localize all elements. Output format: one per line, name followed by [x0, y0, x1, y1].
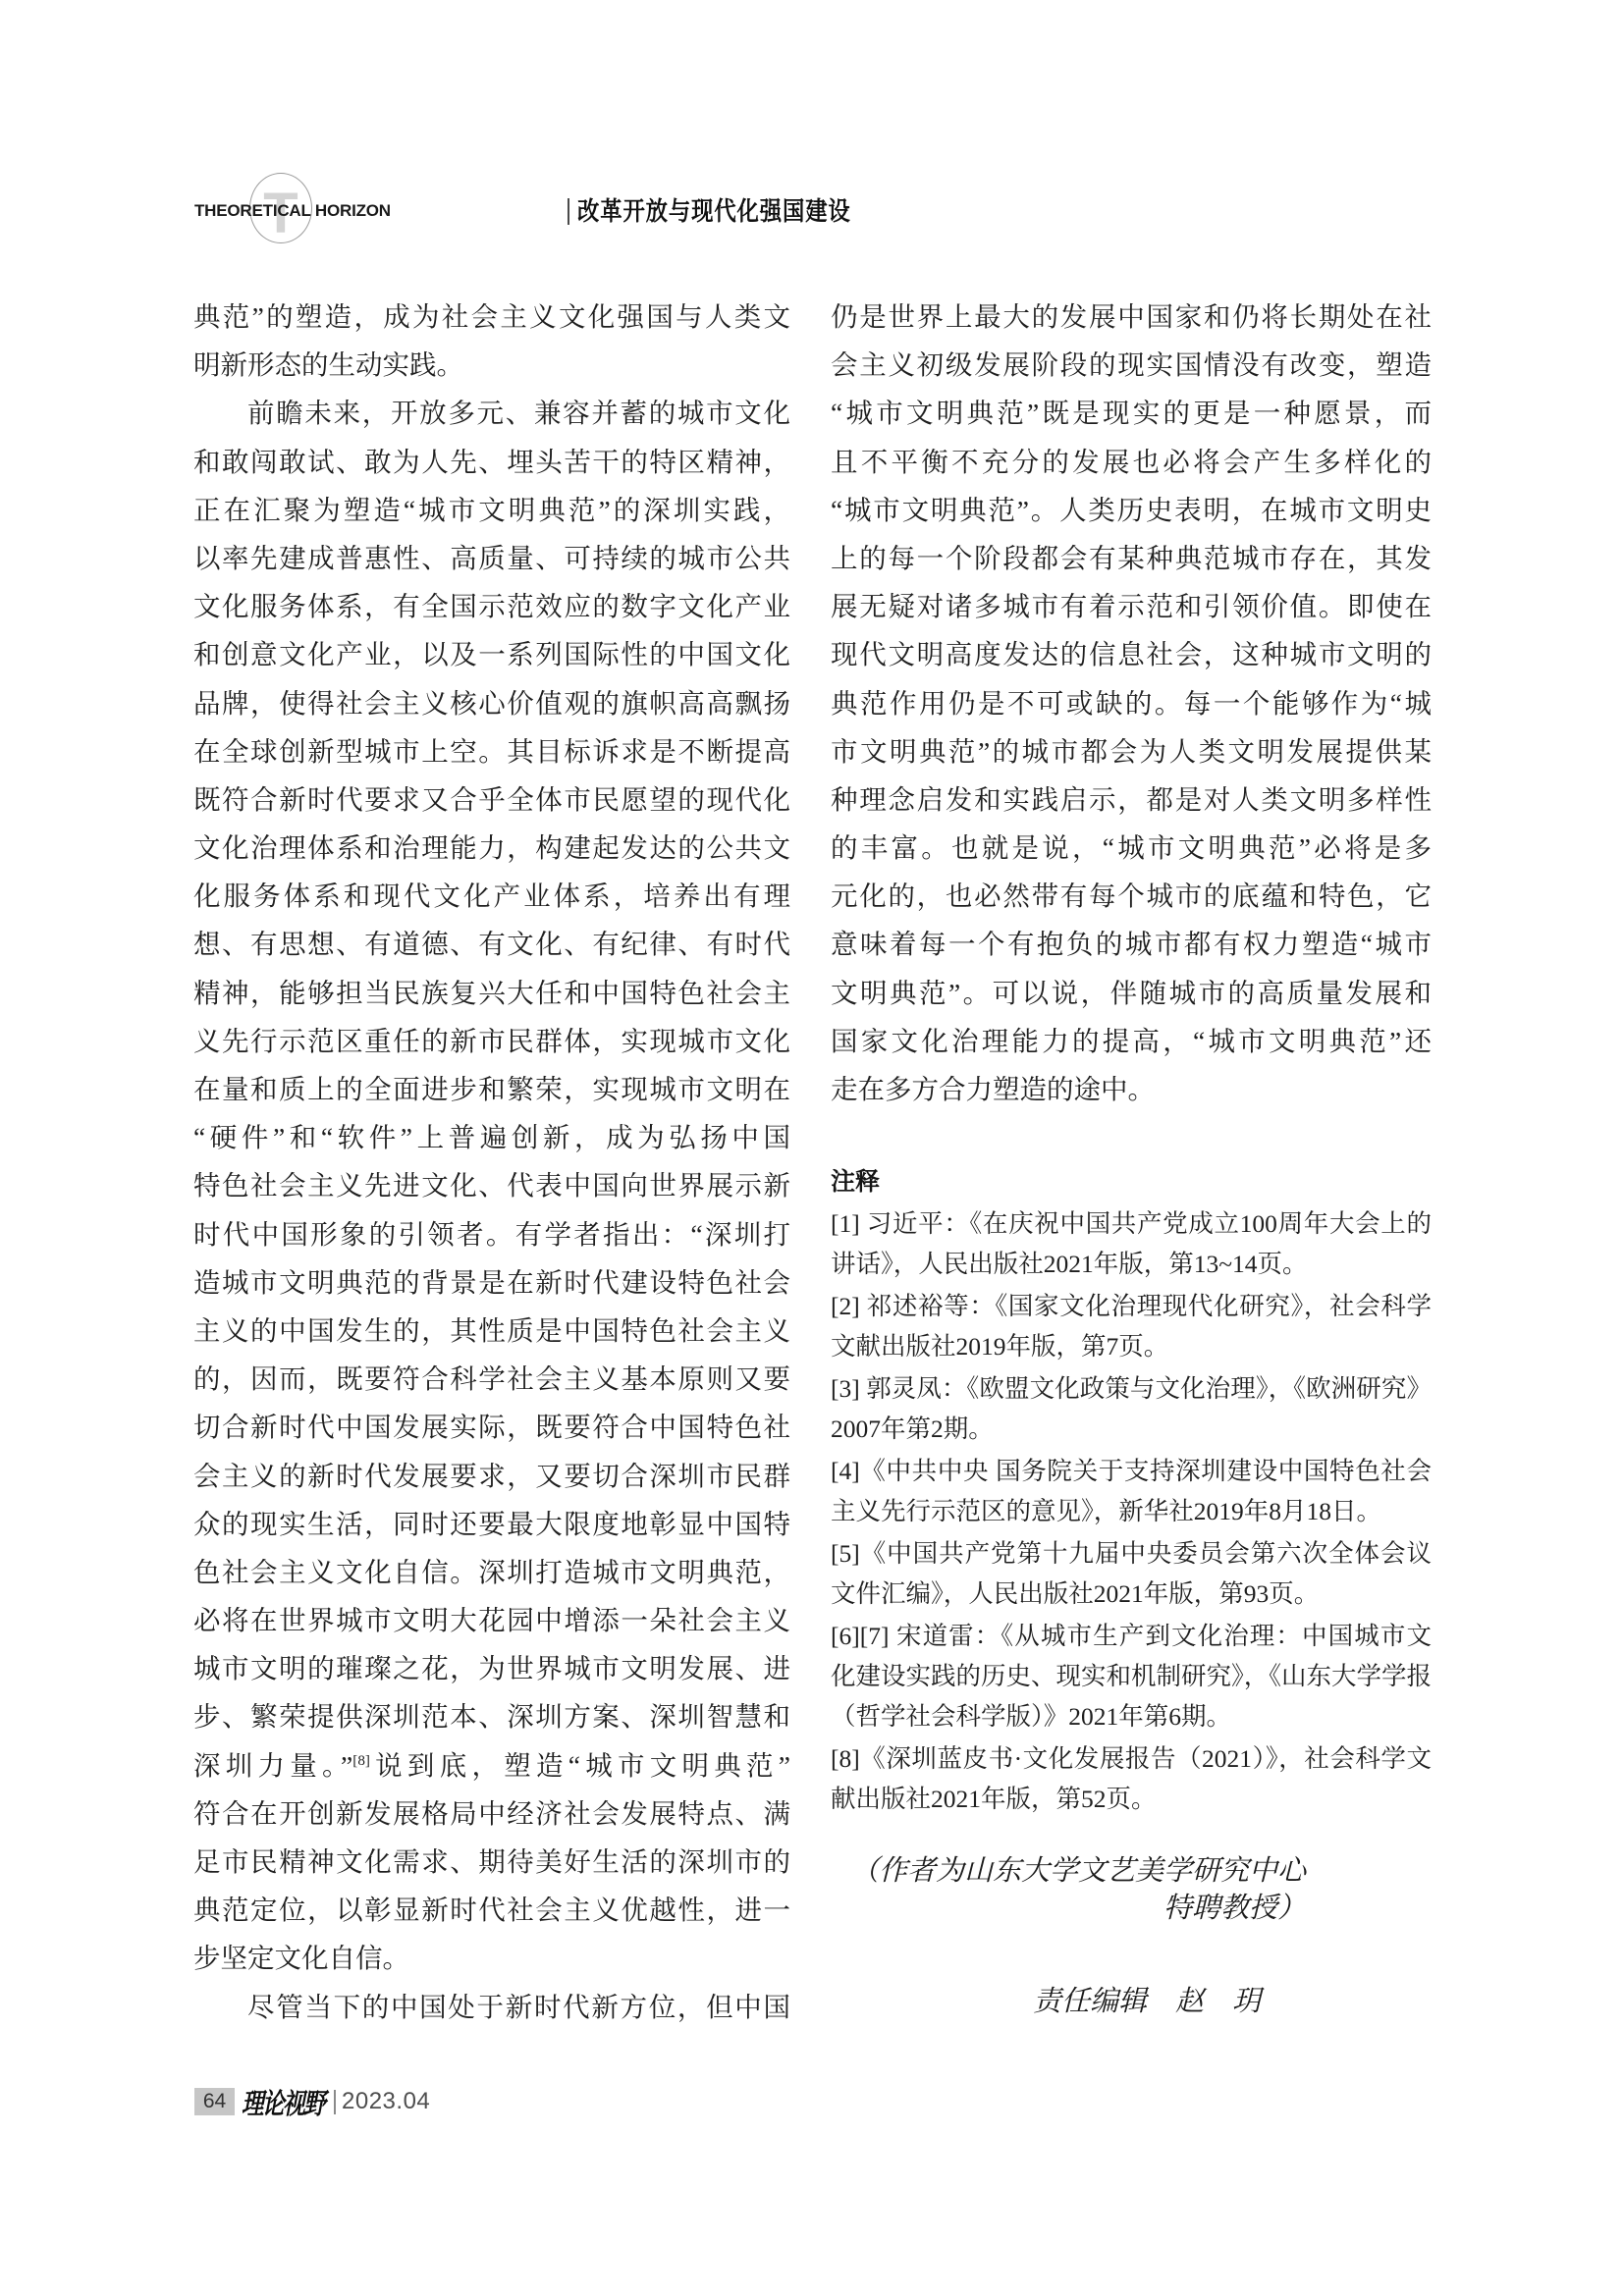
- notes-list: [1] 习近平：《在庆祝中国共产党成立100周年大会上的讲话》，人民出版社202…: [831, 1203, 1432, 1819]
- article-right-column: 仍是世界上最大的发展中国家和仍将长期处在社会主义初级发展阶段的现实国情没有改变，…: [831, 293, 1432, 2019]
- note-item: [6][7] 宋道雷：《从城市生产到文化治理：中国城市文化建设实践的历史、现实和…: [831, 1616, 1432, 1736]
- body-text-line: 足市民精神文化需求、期待美好生活的深圳市的: [193, 1838, 790, 1886]
- body-text-line: 化服务体系和现代文化产业体系，培养出有理: [193, 872, 790, 920]
- page-number-badge: 64: [194, 2088, 235, 2115]
- body-text-line: 城市文明的璀璨之花，为世界城市文明发展、进: [193, 1644, 790, 1692]
- body-text-line: 会主义初级发展阶段的现实国情没有改变，塑造: [831, 341, 1432, 389]
- body-text-line: 典范定位，以彰显新时代社会主义优越性，进一: [193, 1886, 790, 1934]
- body-text-line: 国家文化治理能力的提高，“城市文明典范”还: [831, 1017, 1432, 1065]
- body-text-line: 市文明典范”的城市都会为人类文明发展提供某: [831, 727, 1432, 775]
- body-text-line: 上的每一个阶段都会有某种典范城市存在，其发: [831, 534, 1432, 582]
- body-text-line: 种理念启发和实践启示，都是对人类文明多样性: [831, 775, 1432, 824]
- body-text-line: 文化治理体系和治理能力，构建起发达的公共文: [193, 824, 790, 872]
- note-item: [2] 祁述裕等：《国家文化治理现代化研究》，社会科学文献出版社2019年版，第…: [831, 1286, 1432, 1366]
- body-text-line: “城市文明典范”。人类历史表明，在城市文明史: [831, 486, 1432, 534]
- body-text-line: 义先行示范区重任的新市民群体，实现城市文化: [193, 1017, 790, 1065]
- body-text-line: 既符合新时代要求又合乎全体市民愿望的现代化: [193, 775, 790, 824]
- editor-credit: 责任编辑 赵 玥: [831, 1984, 1432, 2019]
- body-text-line: 意味着每一个有抱负的城市都有权力塑造“城市: [831, 920, 1432, 968]
- body-text-line: 步坚定文化自信。: [193, 1934, 790, 1982]
- body-text-line: 特色社会主义先进文化、代表中国向世界展示新: [193, 1161, 790, 1209]
- body-text-line: 仍是世界上最大的发展中国家和仍将长期处在社: [831, 293, 1432, 341]
- body-text-line: 精神，能够担当民族复兴大任和中国特色社会主: [193, 969, 790, 1017]
- body-text-line: 和敢闯敢试、敢为人先、埋头苦干的特区精神，: [193, 438, 790, 486]
- article-left-column: 典范”的塑造，成为社会主义文化强国与人类文明新形态的生动实践。前瞻未来，开放多元…: [193, 293, 790, 2031]
- body-text-line: “城市文明典范”既是现实的更是一种愿景，而: [831, 389, 1432, 437]
- note-item: [8]《深圳蓝皮书·文化发展报告（2021）》，社会科学文献出版社2021年版，…: [831, 1738, 1432, 1819]
- body-text-line: 的丰富。也就是说，“城市文明典范”必将是多: [831, 824, 1432, 872]
- page-footer: 64 理论视野 2023.04: [194, 2085, 430, 2118]
- body-text-line: 步、繁荣提供深圳范本、深圳方案、深圳智慧和: [193, 1692, 790, 1740]
- author-credit: （作者为山东大学文艺美学研究中心特聘教授）: [831, 1852, 1432, 1927]
- body-text-line: “硬件”和“软件”上普遍创新，成为弘扬中国: [193, 1113, 790, 1161]
- body-text-line: 典范”的塑造，成为社会主义文化强国与人类文: [193, 293, 790, 341]
- header-divider: [568, 198, 569, 225]
- body-text-line: 典范作用仍是不可或缺的。每一个能够作为“城: [831, 679, 1432, 727]
- body-text-line: 深圳力量。”[8]说到底，塑造“城市文明典范”: [193, 1741, 790, 1789]
- body-text-line: 主义的中国发生的，其性质是中国特色社会主义: [193, 1307, 790, 1355]
- notes-heading: 注释: [831, 1162, 1432, 1201]
- note-item: [4]《中共中央 国务院关于支持深圳建设中国特色社会主义先行示范区的意见》，新华…: [831, 1451, 1432, 1531]
- body-text-line: 造城市文明典范的背景是在新时代建设特色社会: [193, 1258, 790, 1307]
- body-text-line: 尽管当下的中国处于新时代新方位，但中国: [193, 1983, 790, 2031]
- journal-name-script: 理论视野: [242, 2082, 324, 2122]
- body-text-line: 且不平衡不充分的发展也必将会产生多样化的: [831, 438, 1432, 486]
- section-title: 改革开放与现代化强国建设: [577, 197, 851, 225]
- body-text-line: 色社会主义文化自信。深圳打造城市文明典范，: [193, 1548, 790, 1596]
- body-text-line: 走在多方合力塑造的途中。: [831, 1065, 1432, 1113]
- body-text-line: 时代中国形象的引领者。有学者指出：“深圳打: [193, 1210, 790, 1258]
- body-text-line: 想、有思想、有道德、有文化、有纪律、有时代: [193, 920, 790, 968]
- note-item: [5]《中国共产党第十九届中央委员会第六次全体会议文件汇编》，人民出版社2021…: [831, 1533, 1432, 1614]
- body-text-line: 在全球创新型城市上空。其目标诉求是不断提高: [193, 727, 790, 775]
- note-item: [3] 郭灵凤：《欧盟文化政策与文化治理》，《欧洲研究》2007年第2期。: [831, 1368, 1432, 1449]
- journal-page: T THEORETICAL HORIZON 改革开放与现代化强国建设 典范”的塑…: [0, 0, 1623, 2296]
- page-header: T THEORETICAL HORIZON 改革开放与现代化强国建设: [194, 172, 882, 260]
- body-text-line: 必将在世界城市文明大花园中增添一朵社会主义: [193, 1596, 790, 1644]
- body-text-line: 明新形态的生动实践。: [193, 341, 790, 389]
- body-text-line: 在量和质上的全面进步和繁荣，实现城市文明在: [193, 1065, 790, 1113]
- right-column-body: 仍是世界上最大的发展中国家和仍将长期处在社会主义初级发展阶段的现实国情没有改变，…: [831, 293, 1432, 1113]
- body-text-line: 符合在开创新发展格局中经济社会发展特点、满: [193, 1789, 790, 1838]
- body-text-line: 展无疑对诸多城市有着示范和引领价值。即使在: [831, 582, 1432, 630]
- body-text-line: 切合新时代中国发展实际，既要符合中国特色社: [193, 1403, 790, 1451]
- body-text-line: 众的现实生活，同时还要最大限度地彰显中国特: [193, 1500, 790, 1548]
- body-text-line: 会主义的新时代发展要求，又要切合深圳市民群: [193, 1452, 790, 1500]
- issue-number: 2023.04: [342, 2088, 430, 2115]
- journal-name-en: THEORETICAL HORIZON: [194, 202, 391, 219]
- note-item: [1] 习近平：《在庆祝中国共产党成立100周年大会上的讲话》，人民出版社202…: [831, 1203, 1432, 1284]
- body-text-line: 品牌，使得社会主义核心价值观的旗帜高高飘扬: [193, 679, 790, 727]
- body-text-line: 现代文明高度发达的信息社会，这种城市文明的: [831, 630, 1432, 678]
- body-text-line: 元化的，也必然带有每个城市的底蕴和特色，它: [831, 872, 1432, 920]
- body-text-line: 前瞻未来，开放多元、兼容并蓄的城市文化: [193, 389, 790, 437]
- footer-divider: [334, 2090, 336, 2114]
- body-text-line: 文化服务体系，有全国示范效应的数字文化产业: [193, 582, 790, 630]
- body-text-line: 以率先建成普惠性、高质量、可持续的城市公共: [193, 534, 790, 582]
- body-text-line: 的，因而，既要符合科学社会主义基本原则又要: [193, 1355, 790, 1403]
- body-text-line: 和创意文化产业，以及一系列国际性的中国文化: [193, 630, 790, 678]
- body-text-line: 文明典范”。可以说，伴随城市的高质量发展和: [831, 969, 1432, 1017]
- body-text-line: 正在汇聚为塑造“城市文明典范”的深圳实践，: [193, 486, 790, 534]
